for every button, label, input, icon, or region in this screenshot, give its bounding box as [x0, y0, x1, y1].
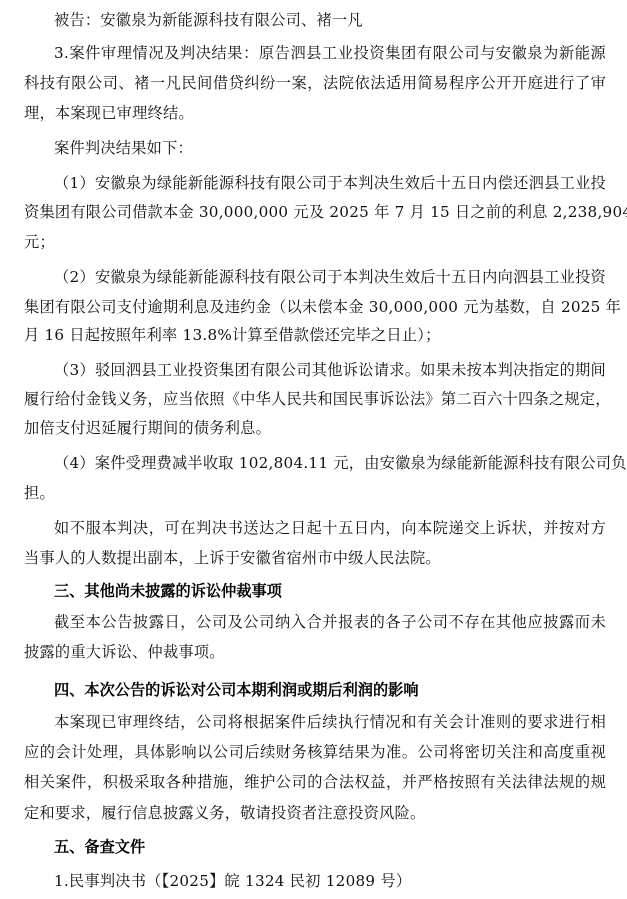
paragraph-line: （4）案件受理费减半收取 102,804.11 元，由安徽泉为绿能新能源科技有限…	[54, 448, 606, 478]
paragraph-line: 理，本案现已审理终结。	[24, 98, 606, 128]
section-heading-4: 四、本次公告的诉讼对公司本期利润或期后利润的影响	[54, 675, 419, 705]
paragraph-line: 定和要求，履行信息披露义务，敬请投资者注意投资风险。	[24, 798, 606, 828]
paragraph-line: 本案现已审理终结，公司将根据案件后续执行情况和有关会计准则的要求进行相	[54, 707, 606, 737]
paragraph-line: 科技有限公司、褚一凡民间借贷纠纷一案，法院依法适用简易程序公开开庭进行了审	[24, 68, 606, 98]
paragraph-line: 资集团有限公司借款本金 30,000,000 元及 2025 年 7 月 15 …	[24, 197, 606, 227]
paragraph-line: 月 16 日起按照年利率 13.8%计算至借款偿还完毕之日止）；	[24, 320, 606, 350]
section-heading-3: 三、其他尚未披露的诉讼仲裁事项	[54, 576, 282, 606]
paragraph-line: 如不服本判决，可在判决书送达之日起十五日内，向本院递交上诉状，并按对方	[54, 513, 606, 543]
paragraph-line: 担。	[24, 478, 606, 508]
section-heading-5: 五、备查文件	[54, 832, 145, 862]
paragraph-line: 元；	[24, 227, 606, 257]
judgment-intro: 案件判决结果如下：	[54, 133, 606, 163]
paragraph-line: 截至本公告披露日，公司及公司纳入合并报表的各子公司不存在其他应披露而未	[54, 607, 606, 637]
paragraph-line: 披露的重大诉讼、仲裁事项。	[24, 637, 606, 667]
paragraph-line: （1）安徽泉为绿能新能源科技有限公司于本判决生效后十五日内偿还泗县工业投	[54, 168, 606, 198]
document-page: 被告：安徽泉为新能源科技有限公司、褚一凡 3.案件审理情况及判决结果：原告泗县工…	[0, 0, 627, 899]
paragraph-line: 3.案件审理情况及判决结果：原告泗县工业投资集团有限公司与安徽泉为新能源	[54, 38, 606, 68]
paragraph-line: （2）安徽泉为绿能新能源科技有限公司于本判决生效后十五日内向泗县工业投资	[54, 262, 606, 292]
paragraph-line: 加倍支付迟延履行期间的债务利息。	[24, 413, 606, 443]
paragraph-line: 履行给付金钱义务，应当依照《中华人民共和国民事诉讼法》第二百六十四条之规定，	[24, 384, 606, 414]
defendant-line: 被告：安徽泉为新能源科技有限公司、褚一凡	[54, 5, 606, 35]
paragraph-line: 集团有限公司支付逾期利息及违约金（以未偿本金 30,000,000 元为基数，自…	[24, 292, 606, 322]
paragraph-line: （3）驳回泗县工业投资集团有限公司其他诉讼请求。如果未按本判决指定的期间	[54, 355, 606, 385]
paragraph-line: 相关案件，积极采取各种措施，维护公司的合法权益，并严格按照有关法律法规的规	[24, 767, 606, 797]
paragraph-line: 应的会计处理，具体影响以公司后续财务核算结果为准。公司将密切关注和高度重视	[24, 737, 606, 767]
paragraph-line: 当事人的人数提出副本，上诉于安徽省宿州市中级人民法院。	[24, 543, 606, 573]
reference-document-item: 1.民事判决书（【2025】皖 1324 民初 12089 号）	[54, 866, 606, 896]
